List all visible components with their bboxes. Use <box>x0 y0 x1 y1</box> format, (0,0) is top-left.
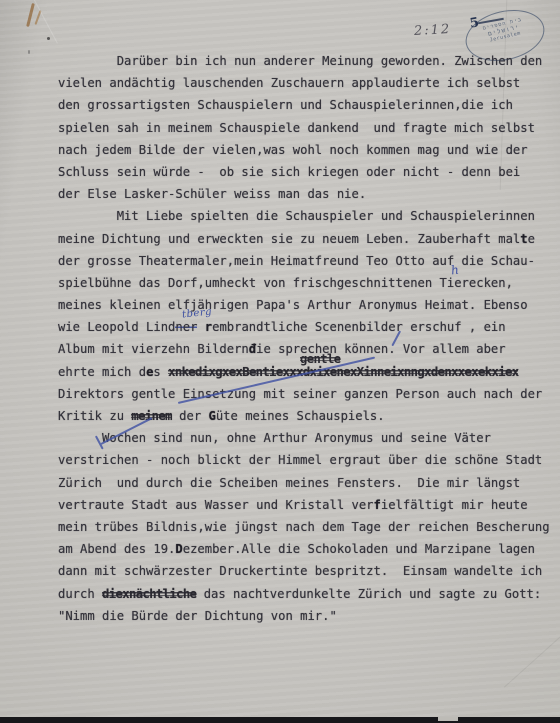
typescript-line: durch diexnächtliche das nachtverdunkelt… <box>58 587 554 609</box>
typescript-line: spielbühne das Dorf,umheckt von frischge… <box>58 276 554 298</box>
typescript-line: Schluss sein würde - ob sie sich kriegen… <box>58 165 554 187</box>
typescript-line: vertraute Stadt aus Wasser und Kristall … <box>58 498 554 520</box>
typescript-line: spielen sah in meinem Schauspiele danken… <box>58 121 554 143</box>
typescript-line: Darüber bin ich nun anderer Meinung gewo… <box>58 54 554 76</box>
typescript-line: ehrte mich des xnkedixgxexBentiexxxdxixe… <box>58 365 554 387</box>
typescript-line: Wochen sind nun, ohne Arthur Aronymus un… <box>58 431 554 453</box>
typescript-line: "Nimm die Bürde der Dichtung von mir." <box>58 609 554 631</box>
typescript-lines: Darüber bin ich nun anderer Meinung gewo… <box>58 54 554 631</box>
typescript-line: mein trübes Bildnis,wie jüngst nach dem … <box>58 520 554 542</box>
typescript-line: meines kleinen elfjährigen Papa's Arthur… <box>58 298 554 320</box>
ink-speck <box>28 50 30 54</box>
typescript-line: vielen andächtig lauschenden Zuschauern … <box>58 76 554 98</box>
typescript-line: wie Leopold Lindner rembrandtliche Scene… <box>58 320 554 342</box>
typescript-line: am Abend des 19.Dezember.Alle die Schoko… <box>58 542 554 564</box>
scan-edge-notch <box>438 717 458 721</box>
typescript-line: Direktors gentle Einsetzung mit seiner g… <box>58 387 554 409</box>
typescript-line: Mit Liebe spielten die Schauspieler und … <box>58 209 554 231</box>
typescript-line: der grosse Theatermaler,mein Heimatfreun… <box>58 254 554 276</box>
typescript-line: der Else Lasker-Schüler weiss man das ni… <box>58 187 554 209</box>
typescript-line: meine Dichtung und erweckten sie zu neue… <box>58 232 554 254</box>
typescript-line: nach jedem Bilde der vielen,was wohl noc… <box>58 143 554 165</box>
typescript-line: Zürich und durch die Scheiben meines Fen… <box>58 476 554 498</box>
stamp-pen-mark: 5 <box>469 15 480 31</box>
typed-word-above-struck: gentle <box>300 352 340 366</box>
scan-edge <box>0 717 560 723</box>
ink-speck <box>47 37 50 40</box>
document-page: 2:12 בית הספרים ירושלים Jerusalem 5 Darü… <box>0 0 560 723</box>
typescript-line: verstrichen - noch blickt der Himmel erg… <box>58 453 554 475</box>
paper-crease <box>504 623 560 687</box>
pencil-archive-number: 2:12 <box>414 22 452 39</box>
typescript-line: dann mit schwärzester Druckertinte bespr… <box>58 564 554 586</box>
typescript-line: den grossartigsten Schauspielern und Sch… <box>58 98 554 120</box>
